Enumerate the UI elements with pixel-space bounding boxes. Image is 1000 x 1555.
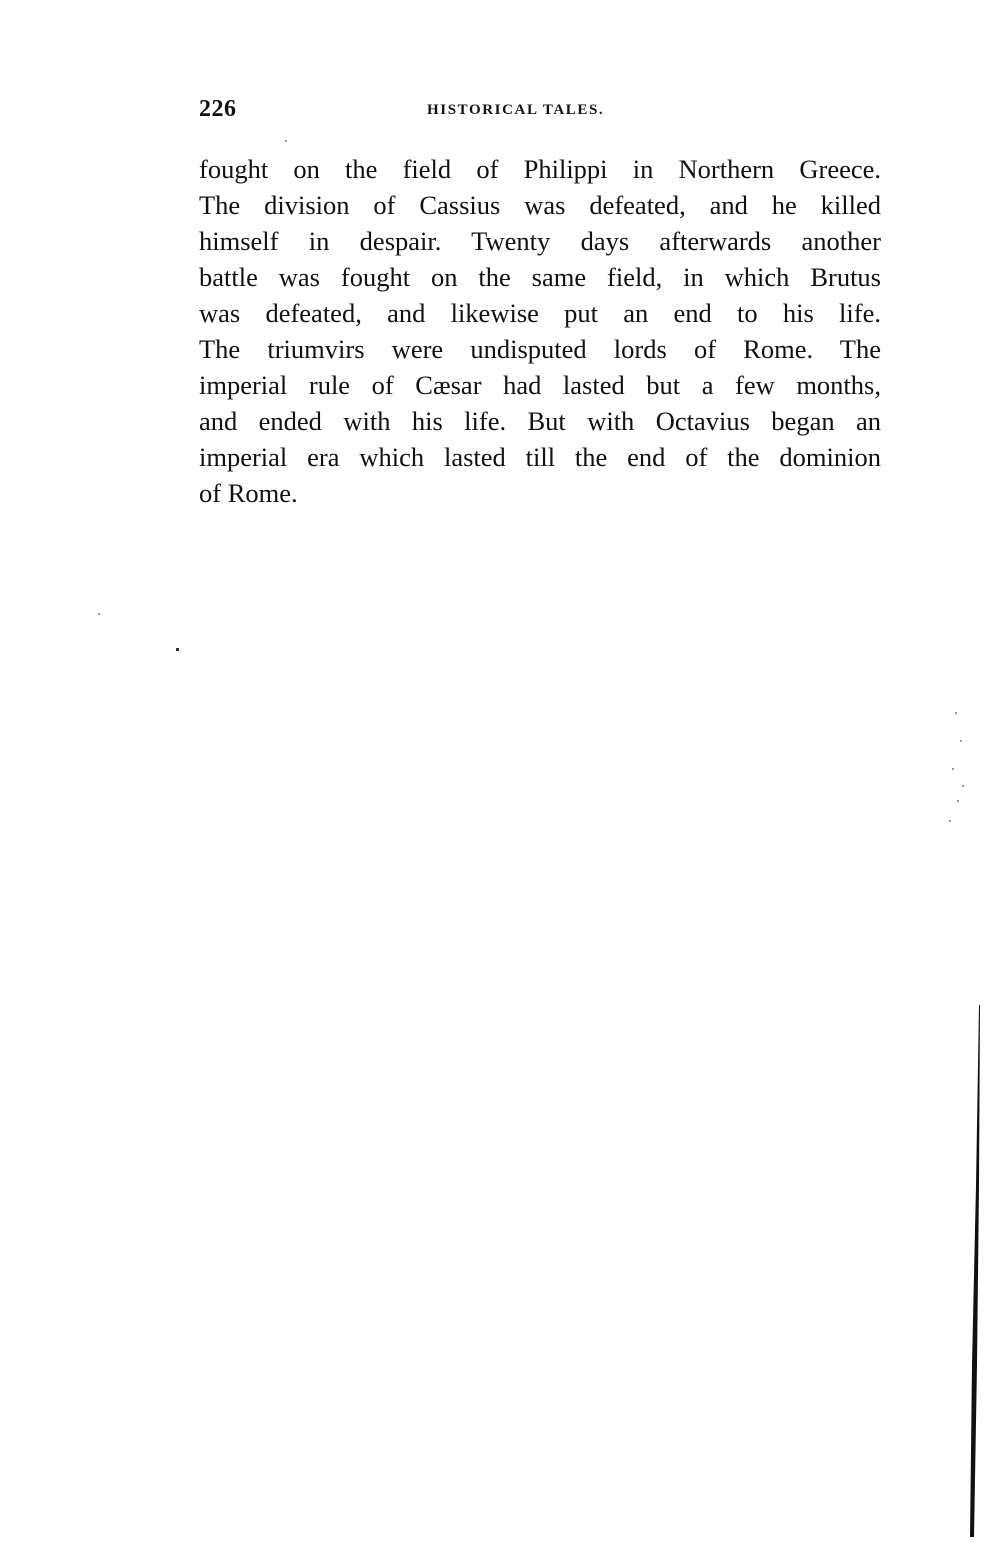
running-head: HISTORICAL TALES. xyxy=(427,102,604,119)
scan-speck xyxy=(176,648,179,651)
text-line: fought on the field of Philippi in North… xyxy=(199,151,881,187)
text-line: himself in despair. Twenty days afterwar… xyxy=(199,223,881,259)
scan-speck xyxy=(952,768,954,770)
body-text: fought on the field of Philippi in North… xyxy=(199,151,881,511)
scan-speck xyxy=(949,820,951,822)
page-number: 226 xyxy=(199,96,237,123)
text-line: and ended with his life. But with Octavi… xyxy=(199,403,881,439)
text-line: of Rome. xyxy=(199,475,881,511)
scan-speck xyxy=(285,140,287,142)
text-line: battle was fought on the same field, in … xyxy=(199,259,881,295)
scan-speck xyxy=(962,785,964,787)
text-line: The triumvirs were undisputed lords of R… xyxy=(199,331,881,367)
text-line: imperial rule of Cæsar had lasted but a … xyxy=(199,367,881,403)
text-line: imperial era which lasted till the end o… xyxy=(199,439,881,475)
scan-speck xyxy=(955,712,957,714)
scan-edge-line xyxy=(968,1005,982,1537)
scan-speck xyxy=(957,800,959,802)
scan-speck xyxy=(98,613,100,615)
page-header: 226 HISTORICAL TALES. xyxy=(199,96,881,126)
scan-speck xyxy=(960,740,962,742)
text-line: The division of Cassius was defeated, an… xyxy=(199,187,881,223)
text-line: was defeated, and likewise put an end to… xyxy=(199,295,881,331)
